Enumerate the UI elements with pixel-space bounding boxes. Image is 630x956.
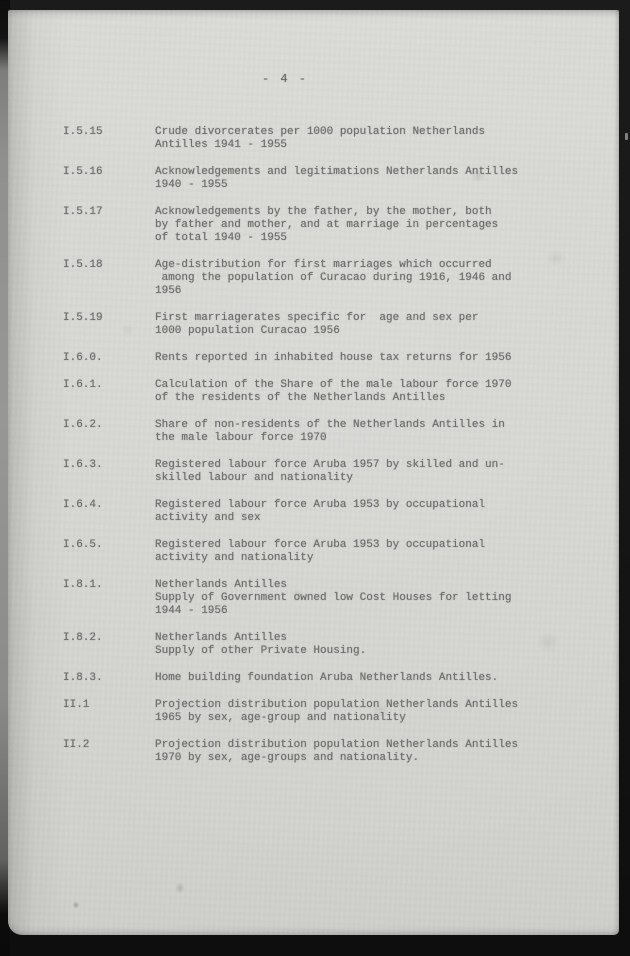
entry-text: Netherlands Antilles Supply of Governmen… [155, 579, 511, 618]
toc-entry: I.8.1.Netherlands Antilles Supply of Gov… [63, 579, 603, 618]
entry-id: I.5.15 [63, 126, 155, 152]
toc-entry: II.2Projection distribution population N… [63, 739, 603, 765]
entry-id: I.5.18 [63, 259, 155, 298]
page-number: - 4 - [262, 72, 308, 86]
entry-text: Crude divorcerates per 1000 population N… [155, 126, 485, 152]
entry-id: I.6.2. [63, 419, 155, 445]
entry-id: I.6.3. [63, 459, 155, 485]
toc-entry: I.6.5.Registered labour force Aruba 1953… [63, 539, 603, 565]
toc-entry: II.1Projection distribution population N… [63, 699, 603, 725]
entry-id: I.6.1. [63, 379, 155, 405]
entry-text: Registered labour force Aruba 1953 by oc… [155, 539, 485, 565]
entry-text: Registered labour force Aruba 1957 by sk… [155, 459, 505, 485]
toc-entry: I.8.2.Netherlands Antilles Supply of oth… [63, 632, 603, 658]
entry-text: Age-distribution for first marriages whi… [155, 259, 511, 298]
entry-id: I.6.0. [63, 352, 155, 365]
entry-id: II.1 [63, 699, 155, 725]
entry-text: Registered labour force Aruba 1953 by oc… [155, 499, 485, 525]
entry-id: I.8.3. [63, 672, 155, 685]
toc-entry: I.5.17Acknowledgements by the father, by… [63, 206, 603, 245]
toc-entry: I.6.2.Share of non-residents of the Neth… [63, 419, 603, 445]
toc-entry: I.6.1.Calculation of the Share of the ma… [63, 379, 603, 405]
entry-text: Projection distribution population Nethe… [155, 699, 518, 725]
entry-text: Rents reported in inhabited house tax re… [155, 352, 511, 365]
entry-text: Acknowledgements and legitimations Nethe… [155, 166, 518, 192]
toc-entry: I.5.19First marriagerates specific for a… [63, 312, 603, 338]
entry-text: Share of non-residents of the Netherland… [155, 419, 505, 445]
toc-entry: I.5.16Acknowledgements and legitimations… [63, 166, 603, 192]
entry-id: I.5.16 [63, 166, 155, 192]
toc-entry: I.6.4.Registered labour force Aruba 1953… [63, 499, 603, 525]
toc-entry: I.6.3.Registered labour force Aruba 1957… [63, 459, 603, 485]
entry-text: First marriagerates specific for age and… [155, 312, 478, 338]
entry-id: I.8.1. [63, 579, 155, 618]
entry-id: I.6.5. [63, 539, 155, 565]
entry-text: Netherlands Antilles Supply of other Pri… [155, 632, 366, 658]
scanned-page: - 4 - I.5.15Crude divorcerates per 1000 … [8, 10, 619, 935]
entry-text: Acknowledgements by the father, by the m… [155, 206, 498, 245]
toc-entry: I.6.0.Rents reported in inhabited house … [63, 352, 603, 365]
toc-list: I.5.15Crude divorcerates per 1000 popula… [63, 126, 603, 779]
entry-id: I.8.2. [63, 632, 155, 658]
entry-id: I.6.4. [63, 499, 155, 525]
entry-id: II.2 [63, 739, 155, 765]
scan-edge-speck [625, 133, 628, 140]
entry-text: Calculation of the Share of the male lab… [155, 379, 511, 405]
entry-text: Projection distribution population Nethe… [155, 739, 518, 765]
entry-id: I.5.19 [63, 312, 155, 338]
entry-text: Home building foundation Aruba Netherlan… [155, 672, 498, 685]
toc-entry: I.8.3.Home building foundation Aruba Net… [63, 672, 603, 685]
toc-entry: I.5.18Age-distribution for first marriag… [63, 259, 603, 298]
toc-entry: I.5.15Crude divorcerates per 1000 popula… [63, 126, 603, 152]
entry-id: I.5.17 [63, 206, 155, 245]
